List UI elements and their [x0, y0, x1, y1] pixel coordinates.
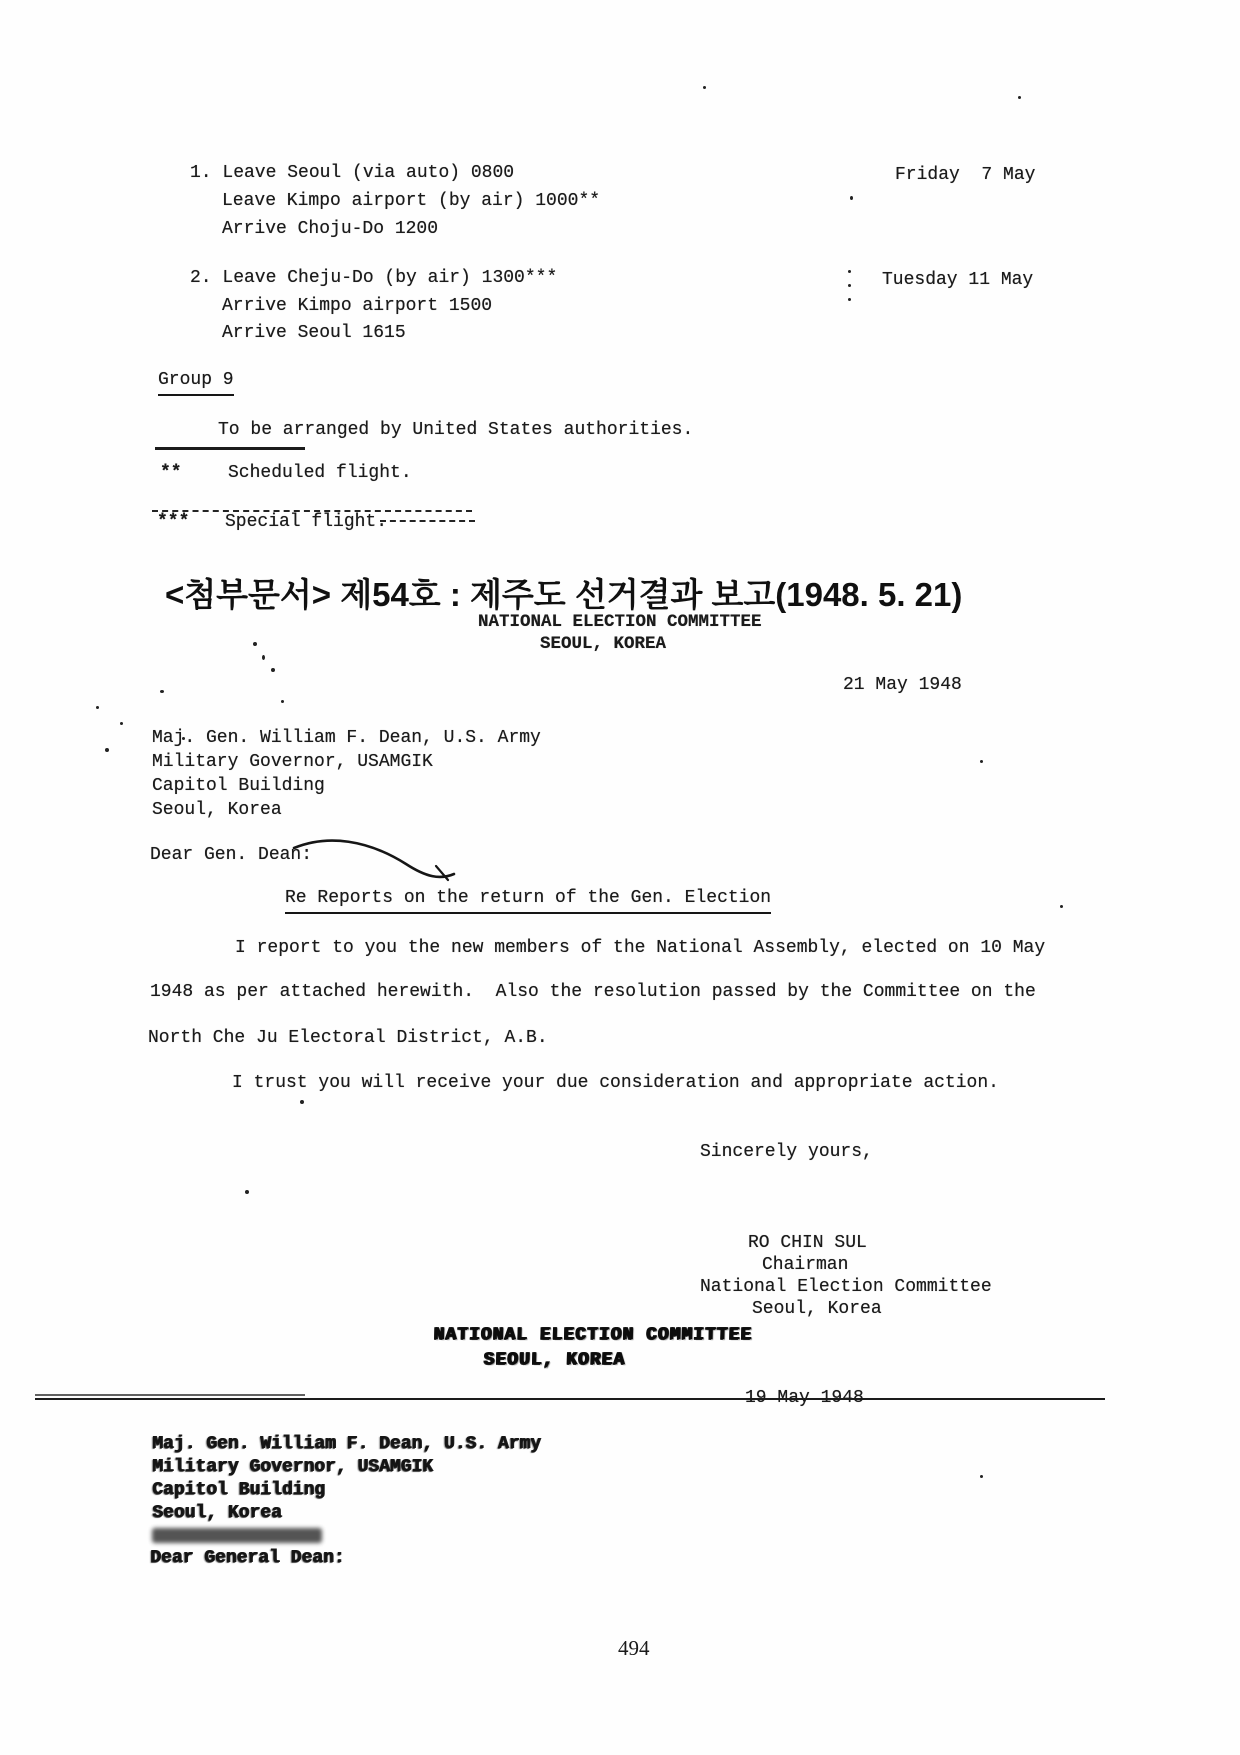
signature-org: National Election Committee [700, 1277, 992, 1299]
recipient-line: Seoul, Korea [152, 800, 282, 822]
scanned-document-page: 1. Leave Seoul (via auto) 0800 Leave Kim… [0, 0, 1240, 1755]
scan-speckle [848, 284, 851, 287]
itinerary-item-2-line-1: 2. Leave Cheju-Do (by air) 1300*** [190, 268, 557, 290]
scan-speckle [160, 690, 164, 693]
attachment-heading: <첨부문서> 제54호 : 제주도 선거결과 보고(1948. 5. 21) [165, 575, 962, 615]
signature-location: Seoul, Korea [752, 1299, 882, 1321]
itinerary-item-2-line-2: Arrive Kimpo airport 1500 [222, 296, 492, 318]
divider-line [35, 1398, 1105, 1400]
scan-speckle [120, 722, 123, 725]
recipient-line: Maj. Gen. William F. Dean, U.S. Army [152, 728, 541, 750]
recipient-line: Military Governor, USAMGIK [152, 752, 433, 774]
scan-speckle [300, 1100, 304, 1104]
itinerary-date-2: Tuesday 11 May [882, 270, 1033, 292]
scan-speckle [980, 760, 983, 763]
letterhead-location-stamp: SEOUL, KOREA [483, 1350, 625, 1372]
scan-speckle [245, 1190, 249, 1194]
recipient-line: Maj. Gen. William F. Dean, U.S. Army [152, 1434, 541, 1456]
body-line: North Che Ju Electoral District, A.B. [148, 1028, 548, 1050]
scan-speckle [980, 1475, 983, 1478]
scan-speckle [848, 270, 851, 273]
scan-speckle [848, 298, 851, 301]
recipient-line: Seoul, Korea [152, 1503, 282, 1525]
scan-speckle [703, 86, 706, 89]
itinerary-item-2-line-3: Arrive Seoul 1615 [222, 323, 406, 345]
recipient-line: Military Governor, USAMGIK [152, 1457, 433, 1479]
group-heading: Group 9 [158, 370, 234, 396]
scan-speckle [105, 748, 109, 752]
footnote-marker-2: *** [157, 512, 189, 534]
footnote-marker-1: ** [160, 463, 182, 485]
letterhead-org: NATIONAL ELECTION COMMITTEE [478, 612, 762, 633]
scan-speckle [271, 668, 275, 672]
itinerary-item-1-line-3: Arrive Choju-Do 1200 [222, 219, 438, 241]
scan-speckle [1018, 96, 1021, 99]
body-line: I trust you will receive your due consid… [232, 1073, 999, 1095]
group-note: To be arranged by United States authorit… [218, 420, 693, 442]
body-line: 1948 as per attached herewith. Also the … [150, 982, 1036, 1004]
footnote-text-2: Special flight. [225, 512, 387, 534]
scan-speckle [281, 700, 284, 703]
scan-speckle [182, 737, 185, 740]
ink-smudge [152, 1528, 322, 1543]
letterhead-location: SEOUL, KOREA [540, 634, 666, 655]
underline-mark [155, 447, 305, 450]
recipient-line: Capitol Building [152, 776, 325, 798]
scan-speckle [1060, 905, 1063, 908]
signature-title: Chairman [762, 1255, 848, 1277]
footnote-text-1: Scheduled flight. [228, 463, 412, 485]
itinerary-item-1-line-2: Leave Kimpo airport (by air) 1000** [222, 191, 600, 213]
itinerary-date-1: Friday 7 May [895, 165, 1035, 187]
scan-speckle [253, 642, 257, 646]
recipient-line: Capitol Building [152, 1480, 325, 1502]
page-number: 494 [618, 1636, 650, 1661]
letter-date: 21 May 1948 [843, 675, 962, 697]
body-line: I report to you the new members of the N… [235, 938, 1045, 960]
scan-speckle [850, 196, 853, 200]
closing: Sincerely yours, [700, 1142, 873, 1164]
divider-line [35, 1394, 305, 1396]
scan-speckle [262, 655, 265, 660]
itinerary-item-1-line-1: 1. Leave Seoul (via auto) 0800 [190, 163, 514, 185]
letterhead-org-stamp: NATIONAL ELECTION COMMITTEE [433, 1325, 752, 1347]
dashed-mark [380, 520, 475, 522]
scan-speckle [96, 706, 99, 709]
salutation-2: Dear General Dean: [150, 1548, 344, 1570]
subject-line: Re Reports on the return of the Gen. Ele… [285, 888, 771, 914]
signature-name: RO CHIN SUL [748, 1233, 867, 1255]
letter-date-2: 19 May 1948 [745, 1388, 864, 1410]
handwritten-mark [288, 832, 463, 887]
